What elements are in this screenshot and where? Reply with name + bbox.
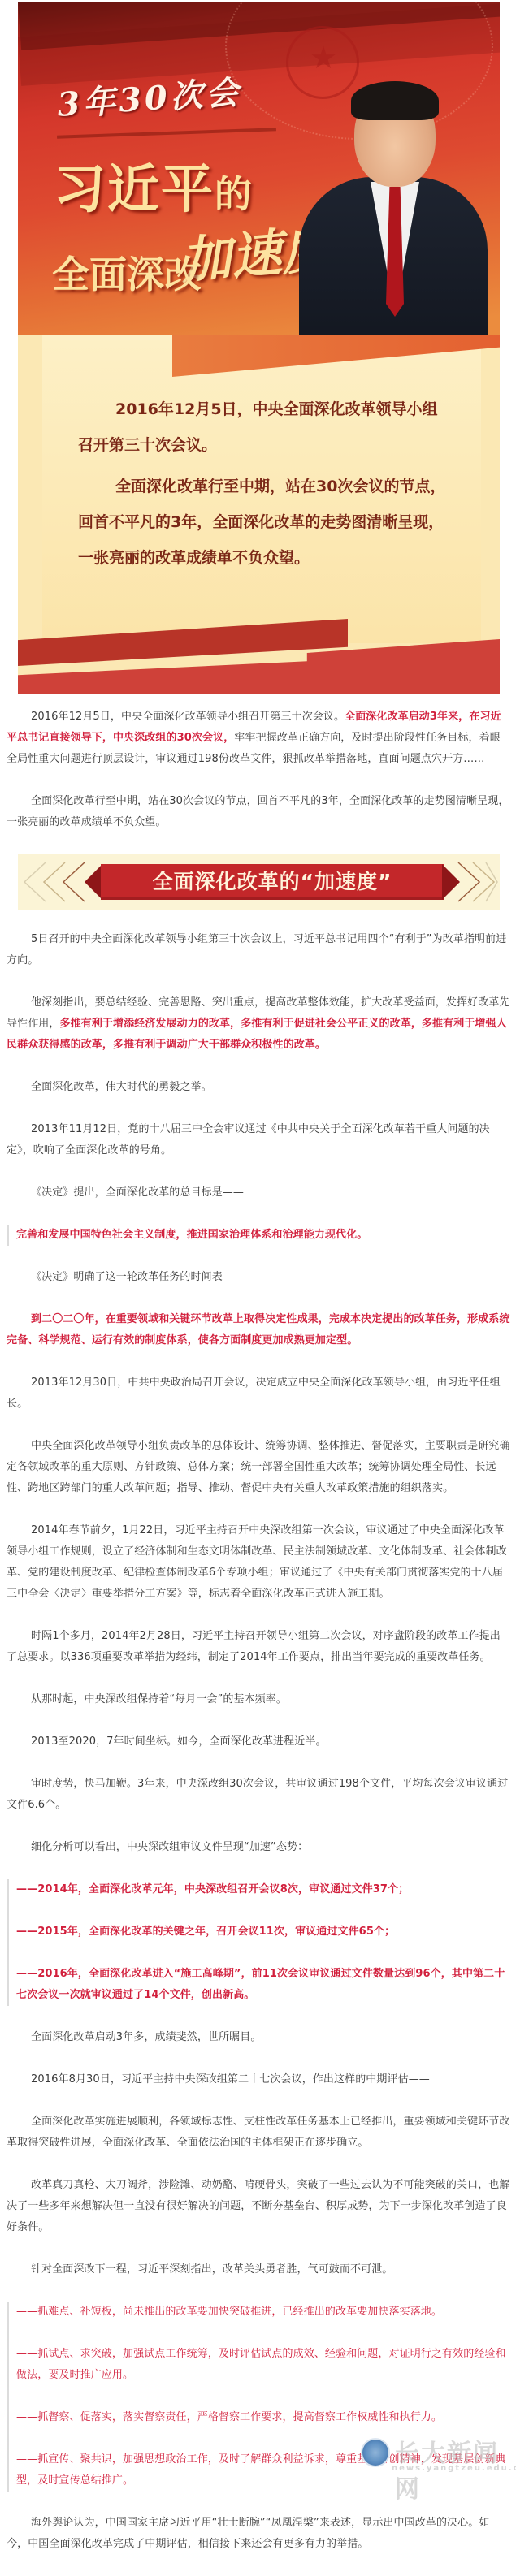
hero-red-background: 3年30次会 习近平的 加速度 <box>18 2 500 359</box>
paragraph: 2014年春节前夕，1月22日，习近平主持召开中央深改组第一次会议，审议通过了中… <box>7 1520 510 1605</box>
section-title: 全面深化改革的“加速度” <box>101 864 444 900</box>
blockquote-next-steps: ——抓难点、补短板，尚未推出的改革要加快突破推进，已经推出的改革要加快落实落地。… <box>7 2302 510 2492</box>
paragraph: 时隔1个多月，2014年2月28日，习近平主持召开领导小组第二次会议，对序盘阶段… <box>7 1626 510 1668</box>
paragraph: 全面深化改革，伟大时代的勇毅之举。 <box>7 1077 510 1098</box>
paragraph: 2013年12月30日，中共中央政治局召开会议，决定成立中央全面深化改革领导小组… <box>7 1372 510 1415</box>
paragraph: 2013至2020，7年时间坐标。如今，全面深化改革进程近半。 <box>7 1731 510 1753</box>
quote-item: ——抓宣传、聚共识，加强思想政治工作，及时了解群众利益诉求，尊重基层首创精神，发… <box>16 2449 510 2492</box>
paragraph: 全面深化改革实施进展顺利，各领域标志性、支柱性改革任务基本上已经推出，重要领域和… <box>7 2111 510 2154</box>
article-body: 2016年12月5日，中央全面深化改革领导小组召开第三十次会议。全面深化改革启动… <box>7 707 510 2576</box>
paragraph: 针对全面深改下一程，习近平深刻指出，改革关头勇者胜，气可鼓而不可泄。 <box>7 2259 510 2280</box>
quote-item: ——2016年，全面深化改革进入“施工高峰期”，前11次会议审议通过文件数量达到… <box>16 1964 510 2006</box>
quote-item: ——抓试点、求突破，加强试点工作统筹，及时评估试点的成效、经验和问题，对证明行之… <box>16 2344 510 2386</box>
paragraph-highlight: 到二〇二〇年，在重要领域和关键环节改革上取得决定性成果，完成本决定提出的改革任务… <box>7 1309 510 1351</box>
hero-panel-paragraph-1: 2016年12月5日，中央全面深化改革领导小组召开第三十次会议。 <box>78 391 452 463</box>
hero-banner-image: 3年30次会 习近平的 加速度 全面深改 2016年12月5日，中央全面深化改革… <box>18 2 500 694</box>
section-banner: 全面深化改革的“加速度” <box>18 854 500 910</box>
chevron-left-icon <box>62 861 86 903</box>
paragraph: 从那时起，中央深改组保持着“每月一会”的基本频率。 <box>7 1689 510 1710</box>
quote-item: ——抓督察、促落实，落实督察责任，严格督察工作要求，提高督察工作权威性和执行力。 <box>16 2407 510 2428</box>
paragraph: 改革真刀真枪、大刀阔斧，涉险滩、动奶酪、啃硬骨头，突破了一些过去认为不可能突破的… <box>7 2175 510 2238</box>
portrait-photo <box>299 86 488 359</box>
paragraph: 审时度势，快马加鞭。3年来，中央深改组30次会议，共审议通过198个文件，平均每… <box>7 1774 510 1816</box>
paragraph: 5日召开的中央全面深化改革领导小组第三十次会议上，习近平总书记用四个“有利于”为… <box>7 929 510 971</box>
hero-title-line1: 习近平的 <box>54 148 254 223</box>
banner-arrow-left <box>85 864 102 900</box>
hero-panel-paragraph-2: 全面深化改革行至中期，站在30次会议的节点，回首不平凡的3年，全面深化改革的走势… <box>78 469 452 576</box>
paragraph: 全面深化改革行至中期，站在30次会议的节点，回首不平凡的3年，全面深化改革的走势… <box>7 791 510 833</box>
paragraph: 《决定》提出，全面深化改革的总目标是—— <box>7 1182 510 1204</box>
paragraph: 细化分析可以看出，中央深改组审议文件呈现“加速”态势： <box>7 1837 510 1858</box>
paragraph: 他深刻指出，要总结经验、完善思路、突出重点，提高改革整体效能，扩大改革受益面，发… <box>7 992 510 1056</box>
hero-title-line2: 全面深改 <box>52 245 202 299</box>
blockquote-goal: 完善和发展中国特色社会主义制度，推进国家治理体系和治理能力现代化。 <box>7 1225 510 1246</box>
quote-text: 完善和发展中国特色社会主义制度，推进国家治理体系和治理能力现代化。 <box>16 1225 510 1246</box>
quote-item: ——2015年，全面深化改革的关键之年，召开会议11次，审议通过文件65个； <box>16 1921 510 1943</box>
paragraph: 2013年11月12日，党的十八届三中全会审议通过《中共中央关于全面深化改革若干… <box>7 1119 510 1161</box>
hero-cream-panel: 2016年12月5日，中央全面深化改革领导小组召开第三十次会议。 全面深化改革行… <box>18 335 500 694</box>
paragraph-intro: 2016年12月5日，中央全面深化改革领导小组召开第三十次会议。全面深化改革启动… <box>7 707 510 770</box>
paragraph: 全面深化改革启动3年多，成绩斐然，世所瞩目。 <box>7 2027 510 2048</box>
paragraph: 《决定》明确了这一轮改革任务的时间表—— <box>7 1267 510 1288</box>
paragraph: 2016年8月30日，习近平主持中央深改组第二十七次会议，作出这样的中期评估—— <box>7 2069 510 2090</box>
quote-item: ——抓难点、补短板，尚未推出的改革要加快突破推进，已经推出的改革要加快落实落地。 <box>16 2302 510 2323</box>
paragraph: 中央全面深化改革领导小组负责改革的总体设计、统筹协调、整体推进、督促落实，主要职… <box>7 1436 510 1499</box>
paragraph-closing: 海外舆论认为，中国国家主席习近平用“壮士断腕”“凤凰涅槃”来表述，显示出中国改革… <box>7 2513 510 2555</box>
chevron-right-icon <box>484 861 499 903</box>
quote-item: ——2014年，全面深化改革元年，中央深改组召开会议8次，审议通过文件37个； <box>16 1879 510 1900</box>
hero-divider <box>57 128 276 138</box>
blockquote-yearly-stats: ——2014年，全面深化改革元年，中央深改组召开会议8次，审议通过文件37个； … <box>7 1879 510 2006</box>
